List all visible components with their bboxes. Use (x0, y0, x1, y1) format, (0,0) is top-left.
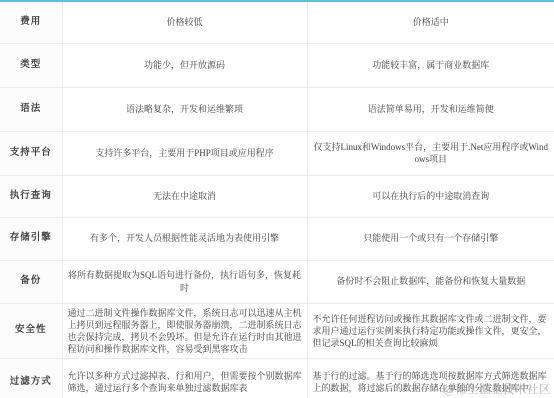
row-label-cell: 执行查询 (0, 175, 62, 217)
row-label-cell: 类型 (0, 43, 62, 87)
row-label-cell: 过滤方式 (0, 358, 62, 398)
page: 费用 价格较低 价格适中 类型 功能少，但开放源码 功能较丰富，属于商业数据库 … (0, 0, 554, 398)
row-label-cell: 语法 (0, 87, 62, 131)
row-label-cell: 安全性 (0, 303, 62, 358)
database-comparison-table: 费用 价格较低 价格适中 类型 功能少，但开放源码 功能较丰富，属于商业数据库 … (0, 2, 554, 398)
left-value-cell: 无法在中途取消 (62, 175, 307, 217)
left-value-cell: 将所有数据提取为SQL语句进行备份，执行语句多，恢复耗时 (62, 260, 307, 303)
table-row: 类型 功能少，但开放源码 功能较丰富，属于商业数据库 (0, 43, 554, 87)
table-row: 存储引擎 有多个，开发人员根据性能灵活地为表使用引擎 只能使用一个或只有一个存储… (0, 217, 554, 260)
row-label-cell: 支持平台 (0, 131, 62, 175)
table-row: 过滤方式 允许以多种方式过滤掉表、行和用户，但需要按个别数据库筛选，通过运行多个… (0, 358, 554, 398)
left-value-cell: 功能少，但开放源码 (62, 43, 307, 87)
row-label-cell: 存储引擎 (0, 217, 62, 260)
table-row: 安全性 通过二进制文件操作数据库文件，系统日志可以迅速从主机上拷贝到远程服务器上… (0, 303, 554, 358)
table-row: 语法 语法略复杂，开发和运维繁琐 语法简单易用，开发和运维简便 (0, 87, 554, 131)
table-row: 费用 价格较低 价格适中 (0, 2, 554, 43)
left-value-cell: 通过二进制文件操作数据库文件，系统日志可以迅速从主机上拷贝到远程服务器上，即使服… (62, 303, 307, 358)
left-value-cell: 允许以多种方式过滤掉表、行和用户，但需要按个别数据库筛选，通过运行多个查询来单独… (62, 358, 307, 398)
left-value-cell: 有多个，开发人员根据性能灵活地为表使用引擎 (62, 217, 307, 260)
right-value-cell: 语法简单易用，开发和运维简便 (307, 87, 554, 131)
left-value-cell: 价格较低 (62, 2, 307, 43)
left-value-cell: 语法略复杂，开发和运维繁琐 (62, 87, 307, 131)
right-value-cell: 可以在执行后的中途取消查询 (307, 175, 554, 217)
right-value-cell: 不允许任何进程访问或操作其数据库文件或二进制文件，要求用户通过运行实例来执行特定… (307, 303, 554, 358)
right-value-cell: 仅支持Linux和Windows平台，主要用于.Net应用程序或Windows项… (307, 131, 554, 175)
right-value-cell: 价格适中 (307, 2, 554, 43)
right-value-cell: 功能较丰富，属于商业数据库 (307, 43, 554, 87)
comparison-table-body: 费用 价格较低 价格适中 类型 功能少，但开放源码 功能较丰富，属于商业数据库 … (0, 2, 554, 398)
table-row: 备份 将所有数据提取为SQL语句进行备份，执行语句多，恢复耗时 备份时不会阻止数… (0, 260, 554, 303)
right-value-cell: 备份时不会阻止数据库，能备份和恢复大量数据 (307, 260, 554, 303)
right-value-cell: 基于行的过滤。基于行的筛选选项按数据库方式筛选数据库上的数据，将过滤后的数据存储… (307, 358, 554, 398)
left-value-cell: 支持许多平台，主要用于PHP项目或应用程序 (62, 131, 307, 175)
table-row: 执行查询 无法在中途取消 可以在执行后的中途取消查询 (0, 175, 554, 217)
right-value-cell: 只能使用一个或只有一个存储引擎 (307, 217, 554, 260)
row-label-cell: 备份 (0, 260, 62, 303)
table-row: 支持平台 支持许多平台，主要用于PHP项目或应用程序 仅支持Linux和Wind… (0, 131, 554, 175)
row-label-cell: 费用 (0, 2, 62, 43)
